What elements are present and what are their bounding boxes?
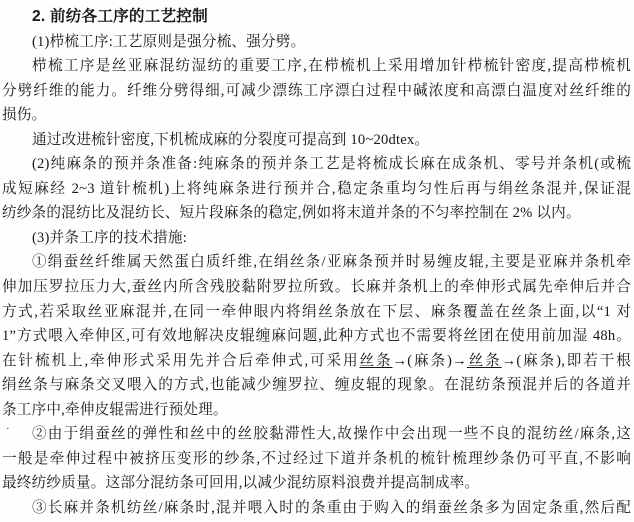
- text-line: (1)栉梳工序:工艺原则是强分梳、强分劈。: [2, 30, 631, 55]
- text-line: 在针梳机上,牵伸形式采用先并合后牵伸式,可采用丝条→(麻条)→丝条→(麻条),即…: [2, 349, 631, 374]
- text-line: (2)纯麻条的预并条准备:纯麻条的预并条工艺是将梳成长麻在成条机、零号并条机(或…: [2, 152, 631, 177]
- underlined-text-segment: 丝条: [467, 353, 502, 369]
- document-body: 2. 前纺各工序的工艺控制(1)栉梳工序:工艺原则是强分梳、强分劈。栉梳工序是丝…: [2, 5, 631, 520]
- text-segment: (3)并条工序的技术措施:: [32, 230, 187, 246]
- text-line: ③长麻并条机纺丝/麻条时,混并喂入时的条重由于购入的绢蚕丝条多为固定条重,然后配: [2, 496, 631, 521]
- text-segment: (2)纯麻条的预并条准备:纯麻条的预并条工艺是将梳成长麻在成条机、零号并条机(或…: [32, 156, 631, 172]
- text-segment: 在针梳机上,牵伸形式采用先并合后牵伸式,可采用: [2, 353, 359, 369]
- text-segment: ②由于绢蚕丝的弹性和丝中的丝胶黏滞性大,故操作中会出现一些不良的混纺丝/麻条,这: [32, 426, 631, 442]
- text-segment: 2. 前纺各工序的工艺控制: [32, 8, 208, 25]
- text-segment: 通过改进梳针密度,下机梳成麻的分裂度可提高到 10~20dtex。: [32, 132, 429, 148]
- text-segment: 绢丝条与麻条交叉喂入的方式,也能减少缠罗拉、缠皮辊的现象。在混纺条预混并后的各道…: [2, 377, 631, 393]
- text-segment: ③长麻并条机纺丝/麻条时,混并喂入时的条重由于购入的绢蚕丝条多为固定条重,然后配: [32, 500, 631, 516]
- text-line: 分劈纤维的能力。纤维分劈得细,可减少漂练工序漂白过程中碱浓度和高漂白温度对丝纤维…: [2, 79, 631, 104]
- text-line: 方式,若采取丝亚麻混并,在同一牵伸眼内将绢丝条放在下层、麻条覆盖在丝条上面,以“…: [2, 300, 631, 325]
- underlined-text-segment: 丝条: [359, 353, 392, 369]
- section-heading: 2. 前纺各工序的工艺控制: [2, 5, 631, 30]
- text-segment: 纺纱条的混纺比及混纺长、短片段麻条的稳定,例如将末道并条的不匀率控制在 2% 以…: [2, 205, 581, 221]
- text-line: 损伤。: [2, 103, 631, 128]
- text-segment: 方式,若采取丝亚麻混并,在同一牵伸眼内将绢丝条放在下层、麻条覆盖在丝条上面,以“…: [2, 304, 631, 320]
- text-segment: →(麻条),即若干根: [502, 353, 631, 369]
- text-line: 绢丝条与麻条交叉喂入的方式,也能减少缠罗拉、缠皮辊的现象。在混纺条预混并后的各道…: [2, 373, 631, 398]
- text-segment: 1”方式喂入牵伸区,可有效地解决皮辊缠麻问题,此种方式也不需要将丝团在使用前加湿…: [2, 328, 631, 344]
- text-line: ②由于绢蚕丝的弹性和丝中的丝胶黏滞性大,故操作中会出现一些不良的混纺丝/麻条,这: [2, 422, 631, 447]
- document-page: 2. 前纺各工序的工艺控制(1)栉梳工序:工艺原则是强分梳、强分劈。栉梳工序是丝…: [0, 0, 634, 522]
- text-line: 伸加压罗拉压力大,蚕丝内所含残胶黏附罗拉所致。长麻并条机上的牵伸形式属先牵伸后并…: [2, 275, 631, 300]
- text-line: (3)并条工序的技术措施:: [2, 226, 631, 251]
- text-line: 通过改进梳针密度,下机梳成麻的分裂度可提高到 10~20dtex。: [2, 128, 631, 153]
- text-line: 纺纱条的混纺比及混纺长、短片段麻条的稳定,例如将末道并条的不匀率控制在 2% 以…: [2, 201, 631, 226]
- text-segment: 栉梳工序是丝亚麻混纺湿纺的重要工序,在栉梳机上采用增加针栉梳针密度,提高栉梳机: [32, 58, 631, 74]
- text-line: 最终纺纱质量。这部分混纺条可回用,以减少混纺原料浪费并提高制成率。: [2, 471, 631, 496]
- text-segment: 损伤。: [2, 107, 46, 123]
- text-segment: 伸加压罗拉压力大,蚕丝内所含残胶黏附罗拉所致。长麻并条机上的牵伸形式属先牵伸后并…: [2, 279, 631, 295]
- text-segment: 条工序中,牵伸皮辊需进行预处理。: [2, 402, 228, 418]
- text-segment: →(麻条)→: [392, 353, 466, 369]
- text-line: 条工序中,牵伸皮辊需进行预处理。: [2, 398, 631, 423]
- text-line: 成短麻经 2~3 道针梳机)上将纯麻条进行预并合,稳定条重均匀性后再与绢丝条混并…: [2, 177, 631, 202]
- text-line: 栉梳工序是丝亚麻混纺湿纺的重要工序,在栉梳机上采用增加针栉梳针密度,提高栉梳机: [2, 54, 631, 79]
- text-segment: ①绢蚕丝纤维属天然蛋白质纤维,在绢丝条/亚麻条预并时易缠皮辊,主要是亚麻并条机牵: [32, 254, 631, 270]
- text-segment: 最终纺纱质量。这部分混纺条可回用,以减少混纺原料浪费并提高制成率。: [2, 475, 479, 491]
- text-line: 1”方式喂入牵伸区,可有效地解决皮辊缠麻问题,此种方式也不需要将丝团在使用前加湿…: [2, 324, 631, 349]
- text-segment: 成短麻经 2~3 道针梳机)上将纯麻条进行预并合,稳定条重均匀性后再与绢丝条混并…: [2, 181, 631, 197]
- text-segment: (1)栉梳工序:工艺原则是强分梳、强分劈。: [32, 34, 305, 50]
- text-segment: 分劈纤维的能力。纤维分劈得细,可减少漂练工序漂白过程中碱浓度和高漂白温度对丝纤维…: [2, 83, 631, 99]
- text-segment: 一般是牵伸过程中被挤压变形的纱条,不过经过下道并条机的梳针梳理纱条仍可平直,不影…: [2, 451, 631, 467]
- scan-artifact-dot: ·: [6, 424, 10, 435]
- text-line: ①绢蚕丝纤维属天然蛋白质纤维,在绢丝条/亚麻条预并时易缠皮辊,主要是亚麻并条机牵: [2, 250, 631, 275]
- text-line: 一般是牵伸过程中被挤压变形的纱条,不过经过下道并条机的梳针梳理纱条仍可平直,不影…: [2, 447, 631, 472]
